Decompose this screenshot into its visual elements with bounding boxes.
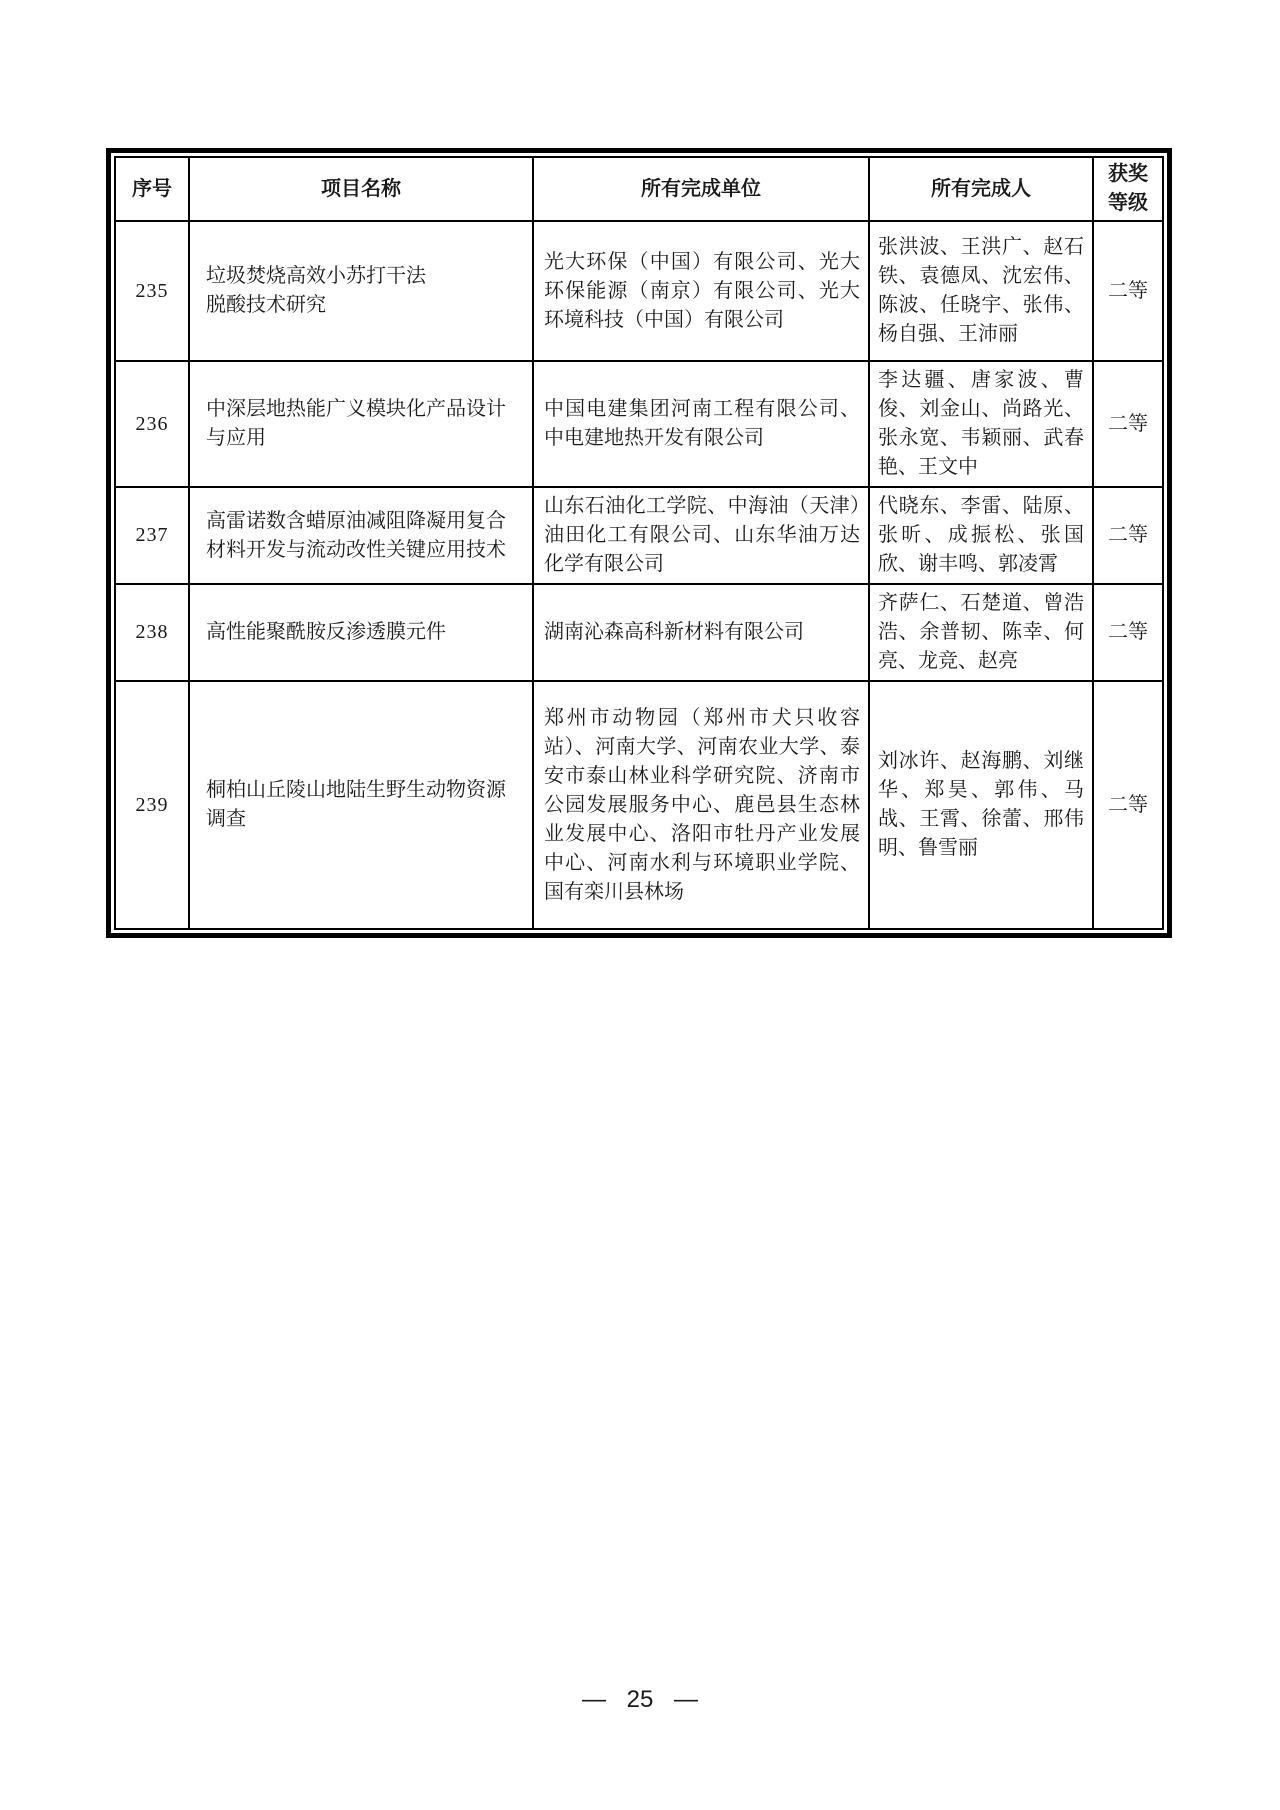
table-row: 239 桐柏山丘陵山地陆生野生动物资源调查 郑州市动物园（郑州市犬只收容站）、河… xyxy=(115,681,1163,929)
cell-units: 郑州市动物园（郑州市犬只收容站）、河南大学、河南农业大学、泰安市泰山林业科学研究… xyxy=(533,681,869,929)
cell-people: 李达疆、唐家波、曹俊、刘金山、尚路光、张永宽、韦颖丽、武春艳、王文中 xyxy=(869,361,1093,487)
awards-table: 序号 项目名称 所有完成单位 所有完成人 获奖 等级 235 垃圾焚烧高效小苏打… xyxy=(114,156,1164,930)
cell-serial: 235 xyxy=(115,221,189,361)
cell-serial: 236 xyxy=(115,361,189,487)
table-header-row: 序号 项目名称 所有完成单位 所有完成人 获奖 等级 xyxy=(115,157,1163,221)
col-header-project-name: 项目名称 xyxy=(189,157,533,221)
cell-project-name: 桐柏山丘陵山地陆生野生动物资源调查 xyxy=(189,681,533,929)
col-header-serial: 序号 xyxy=(115,157,189,221)
cell-units: 山东石油化工学院、中海油（天津）油田化工有限公司、山东华油万达化学有限公司 xyxy=(533,487,869,584)
table-row: 236 中深层地热能广义模块化产品设计与应用 中国电建集团河南工程有限公司、中电… xyxy=(115,361,1163,487)
cell-award-grade: 二等 xyxy=(1093,681,1163,929)
cell-award-grade: 二等 xyxy=(1093,221,1163,361)
cell-units: 中国电建集团河南工程有限公司、中电建地热开发有限公司 xyxy=(533,361,869,487)
cell-award-grade: 二等 xyxy=(1093,487,1163,584)
cell-people: 刘冰许、赵海鹏、刘继华、郑昊、郭伟、马战、王霄、徐蕾、邢伟明、鲁雪丽 xyxy=(869,681,1093,929)
cell-project-name: 高性能聚酰胺反渗透膜元件 xyxy=(189,584,533,681)
cell-award-grade: 二等 xyxy=(1093,584,1163,681)
table-row: 235 垃圾焚烧高效小苏打干法 脱酸技术研究 光大环保（中国）有限公司、光大环保… xyxy=(115,221,1163,361)
awards-table-border: 序号 项目名称 所有完成单位 所有完成人 获奖 等级 235 垃圾焚烧高效小苏打… xyxy=(106,148,1172,938)
cell-serial: 237 xyxy=(115,487,189,584)
cell-serial: 238 xyxy=(115,584,189,681)
document-page: 序号 项目名称 所有完成单位 所有完成人 获奖 等级 235 垃圾焚烧高效小苏打… xyxy=(0,0,1280,1810)
cell-units: 湖南沁森高科新材料有限公司 xyxy=(533,584,869,681)
cell-project-name: 高雷诺数含蜡原油减阻降凝用复合材料开发与流动改性关键应用技术 xyxy=(189,487,533,584)
cell-people: 张洪波、王洪广、赵石铁、袁德凤、沈宏伟、陈波、任晓宇、张伟、杨自强、王沛丽 xyxy=(869,221,1093,361)
page-number: — 25 — xyxy=(0,1686,1280,1714)
col-header-people: 所有完成人 xyxy=(869,157,1093,221)
cell-people: 代晓东、李雷、陆原、张昕、成振松、张国欣、谢丰鸣、郭凌霄 xyxy=(869,487,1093,584)
table-row: 238 高性能聚酰胺反渗透膜元件 湖南沁森高科新材料有限公司 齐萨仁、石楚道、曾… xyxy=(115,584,1163,681)
col-header-units: 所有完成单位 xyxy=(533,157,869,221)
cell-project-name: 中深层地热能广义模块化产品设计与应用 xyxy=(189,361,533,487)
cell-serial: 239 xyxy=(115,681,189,929)
cell-award-grade: 二等 xyxy=(1093,361,1163,487)
cell-people: 齐萨仁、石楚道、曾浩浩、余普韧、陈幸、何亮、龙竞、赵亮 xyxy=(869,584,1093,681)
table-row: 237 高雷诺数含蜡原油减阻降凝用复合材料开发与流动改性关键应用技术 山东石油化… xyxy=(115,487,1163,584)
cell-project-name: 垃圾焚烧高效小苏打干法 脱酸技术研究 xyxy=(189,221,533,361)
col-header-award-grade: 获奖 等级 xyxy=(1093,157,1163,221)
cell-units: 光大环保（中国）有限公司、光大环保能源（南京）有限公司、光大环境科技（中国）有限… xyxy=(533,221,869,361)
